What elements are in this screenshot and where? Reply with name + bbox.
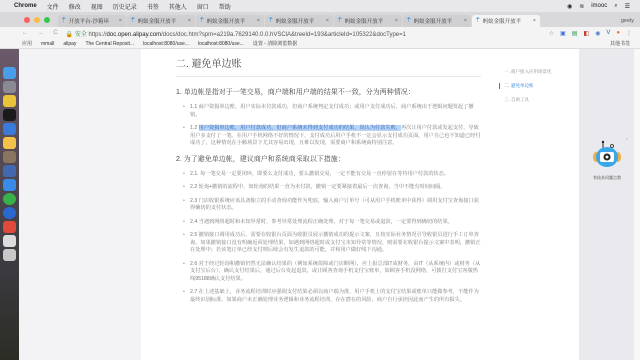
bookmark-folder[interactable]: alipay	[63, 41, 76, 47]
secure-label: 安全	[75, 32, 87, 38]
bookmark-link[interactable]: The Central Reposit...	[85, 41, 134, 47]
selected-text[interactable]: 用户资损单边账，用户付款成功，但商户系统未得到支付成功的结果，误认为付款失败，	[199, 125, 401, 131]
toc-item[interactable]: 三. 自助工具	[499, 97, 579, 103]
intellij-icon[interactable]	[3, 123, 16, 135]
finder-icon[interactable]	[3, 67, 16, 79]
menu-file[interactable]: 文件	[47, 2, 59, 11]
extension-icon[interactable]: ◉	[595, 30, 600, 37]
close-tab-icon[interactable]: ×	[533, 18, 536, 24]
doc-content: 二. 避免单边账 1. 单边帐是指对于一笔交易，商户端和用户端的结果不一致，分为…	[141, 49, 491, 360]
trash-icon[interactable]	[3, 249, 16, 261]
close-tab-icon[interactable]: ×	[119, 18, 122, 24]
bookmarks-bar: 应用 mmall alipay The Central Reposit... l…	[0, 39, 640, 49]
alipay-favicon-icon: ⍑	[62, 18, 66, 25]
section-heading: 二. 避免单边账	[176, 55, 481, 77]
url-input[interactable]: 🔒 安全 https://doc.open.alipay.com/docs/do…	[66, 29, 549, 38]
mac-dock	[0, 49, 19, 360]
close-tab-icon[interactable]: ×	[326, 18, 329, 24]
extension-icon[interactable]: ●	[616, 30, 620, 37]
menu-view[interactable]: 视图	[91, 2, 103, 11]
scrollbar[interactable]	[634, 49, 640, 360]
alipay-favicon-icon: ⍑	[407, 18, 411, 25]
list: 2.1. 每一笔交易一定要闭环，即要么支付成功，要么撤销交易，一定不能有交易一直…	[176, 171, 481, 305]
menu-help[interactable]: 帮助	[219, 2, 231, 11]
app-icon[interactable]	[3, 221, 16, 233]
close-tab-icon[interactable]: ×	[257, 18, 260, 24]
app-icon[interactable]	[3, 151, 16, 163]
bookmark-star-icon[interactable]: ☆	[549, 30, 554, 37]
other-bookmarks[interactable]: 其他书签	[610, 40, 640, 47]
alipay-favicon-icon: ⍑	[476, 18, 480, 25]
window-controls	[0, 17, 58, 27]
launchpad-icon[interactable]	[3, 81, 16, 93]
bookmark-link[interactable]: 设置 - 清除浏览数据	[253, 40, 297, 47]
extension-icon[interactable]: ◧	[583, 30, 589, 37]
list-item: 1.1 商户资损单边账，用户实际未付款成功，但商户系统判定支付成功；或用户支付成…	[190, 104, 481, 119]
notification-icon[interactable]: ☰	[625, 3, 630, 10]
menu-history[interactable]: 历史记录	[113, 2, 137, 11]
profile-button[interactable]: geely	[621, 18, 640, 27]
extensions: ☆ ▣ ▤ ◧ ◉ V ● ⋮	[549, 30, 640, 37]
app-icon[interactable]	[3, 179, 16, 191]
list-item: 2.3 门店收银系统应该具备独立的手动查询功能作为兜底，输入商户订单号（可从用户…	[190, 198, 481, 213]
document-icon[interactable]	[3, 235, 16, 247]
alipay-favicon-icon: ⍑	[338, 18, 342, 25]
menu-edit[interactable]: 修改	[69, 2, 81, 11]
close-tab-icon[interactable]: ×	[464, 18, 467, 24]
lock-icon: 🔒	[66, 32, 73, 38]
minimize-window-button[interactable]	[34, 17, 40, 23]
nav-buttons[interactable]: ← → C	[22, 30, 62, 36]
list: 1.1 商户资损单边账，用户实际未付款成功，但商户系统判定支付成功；或用户支付成…	[176, 104, 481, 148]
chrome-icon[interactable]	[3, 95, 16, 107]
tab-bar: ⍑开放平台-沙箱环× ⍑蚂蚁金服开放平× ⍑蚂蚁金服开放平× ⍑蚂蚁金服开放平×…	[0, 12, 640, 27]
spotlight-icon[interactable]: ⌕	[614, 3, 617, 10]
status-icon[interactable]: ◉	[567, 3, 572, 10]
list-item: 2.6 对于经过轮询和撤销仍然无法确认结果的（例如系统故障或门店断网），应上报总…	[190, 261, 481, 284]
mac-menubar: Chrome 文件 修改 视图 历史记录 书签 其他人 窗口 帮助 ◉ ≋ im…	[0, 0, 640, 12]
address-bar: ← → C 🔒 安全 https://doc.open.alipay.com/d…	[0, 27, 640, 39]
alipay-favicon-icon: ⍑	[131, 18, 135, 25]
browser-tab-active[interactable]: ⍑蚂蚁金服开放平×	[472, 15, 540, 27]
bot-label: 有技术问题点我	[590, 175, 624, 181]
browser-tab[interactable]: ⍑蚂蚁金服开放平×	[334, 15, 402, 27]
user-name[interactable]: imooc	[591, 3, 607, 9]
app-icon[interactable]	[3, 165, 16, 177]
robot-camera-icon	[592, 140, 622, 168]
wifi-icon[interactable]: ≋	[579, 3, 584, 10]
paragraph: 1. 单边帐是指对于一笔交易，商户端和用户端的结果不一致，分为两种情况：	[176, 87, 481, 97]
bookmark-link[interactable]: localhost:8080/use...	[198, 41, 244, 47]
close-window-button[interactable]	[24, 17, 30, 23]
support-bot[interactable]: × 有技术问题点我	[590, 140, 624, 181]
list-item: 2.1. 每一笔交易一定要闭环，即要么支付成功，要么撤销交易，一定不能有交易一直…	[190, 171, 481, 179]
extension-icon[interactable]: ▣	[560, 30, 566, 37]
bookmark-folder[interactable]: mmall	[41, 41, 54, 47]
close-icon[interactable]: ×	[626, 136, 628, 141]
menu-bookmarks[interactable]: 书签	[147, 2, 159, 11]
menu-window[interactable]: 窗口	[197, 2, 209, 11]
list-item: 2.4 当遇到网络超时和未知异常时，参考异常处理流程正确处理，对于每一笔交易或退…	[190, 219, 481, 227]
toc-item-active[interactable]: 二. 避免单边账	[499, 83, 579, 89]
browser-tab[interactable]: ⍑蚂蚁金服开放平×	[127, 15, 195, 27]
table-of-contents: 一. 商户接入应用场景化 二. 避免单边账 三. 自助工具	[491, 49, 579, 360]
browser-tab[interactable]: ⍑蚂蚁金服开放平×	[403, 15, 471, 27]
vue-devtools-icon[interactable]: V	[606, 30, 610, 37]
close-tab-icon[interactable]: ×	[188, 18, 191, 24]
zoom-window-button[interactable]	[44, 17, 50, 23]
browser-tab[interactable]: ⍑蚂蚁金服开放平×	[265, 15, 333, 27]
more-menu-icon[interactable]: ⋮	[626, 30, 632, 37]
right-sidebar	[579, 49, 634, 360]
alipay-favicon-icon: ⍑	[269, 18, 273, 25]
bookmark-link[interactable]: localhost:8080/use...	[143, 41, 189, 47]
list-item: 2.2 轮询+撤销的流程中，如轮询的结果一直为未付款，撤销一定要紧接着最后一次查…	[190, 184, 481, 192]
terminal-icon[interactable]	[3, 109, 16, 121]
list-item: 1.2 用户资损单边账，用户付款成功，但商户系统未得到支付成功的结果，误认为付款…	[190, 125, 481, 148]
app-icon[interactable]	[3, 207, 16, 219]
browser-tab[interactable]: ⍑蚂蚁金服开放平×	[196, 15, 264, 27]
app-icon[interactable]	[3, 137, 16, 149]
menu-people[interactable]: 其他人	[169, 2, 187, 11]
list-item: 2.7 在上述基础上，业务流程培训时应强调支付结果必须以商户端为准，用户手机上的…	[190, 289, 481, 304]
toc-item[interactable]: 一. 商户接入应用场景化	[499, 69, 579, 75]
paragraph: 2. 为了避免单边帐，建议商户和系统商采取以下措施：	[176, 154, 481, 164]
extension-icon[interactable]: ▤	[572, 30, 578, 37]
list-item: 2.5 撤销接口调用成功后，需要在收银台页面为收银员展示撤销成功的提示文案，且按…	[190, 232, 481, 255]
bookmark-apps[interactable]: 应用	[22, 40, 32, 47]
browser-tab[interactable]: ⍑开放平台-沙箱环×	[58, 15, 126, 27]
alipay-favicon-icon: ⍑	[200, 18, 204, 25]
menu-app-name[interactable]: Chrome	[14, 3, 37, 9]
app-icon[interactable]	[3, 193, 16, 205]
left-margin	[19, 49, 141, 360]
close-tab-icon[interactable]: ×	[395, 18, 398, 24]
